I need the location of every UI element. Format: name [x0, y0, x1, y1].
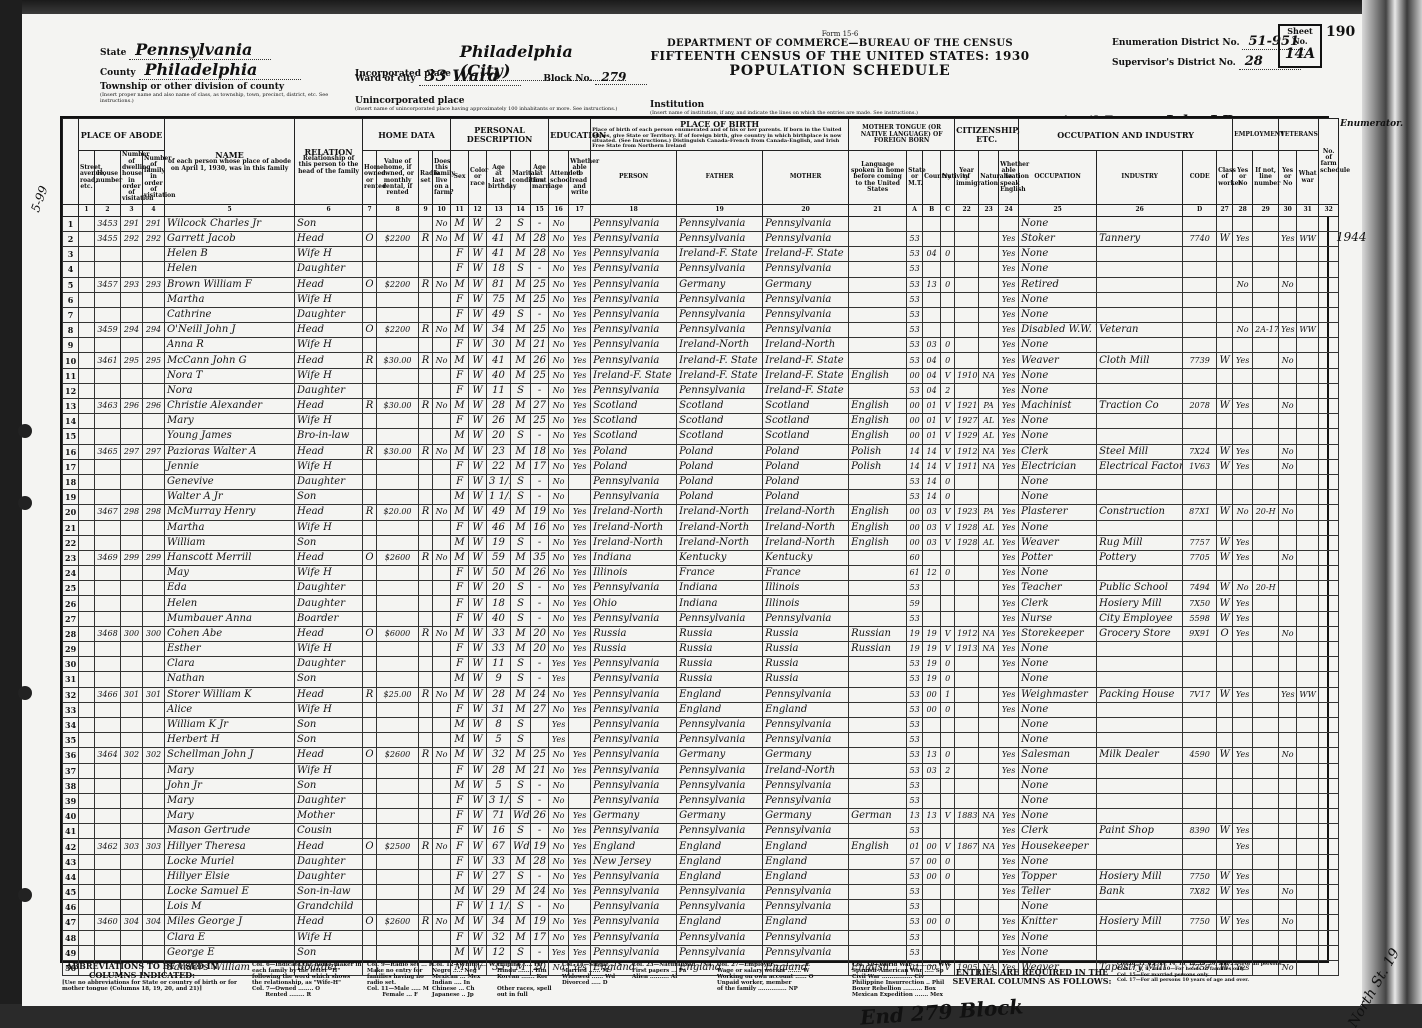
unemployed-line — [1253, 550, 1279, 565]
house-number: 3466 — [95, 687, 121, 702]
color-race: W — [469, 596, 487, 611]
unemployed-line — [1253, 885, 1279, 900]
relation: Daughter — [295, 793, 363, 808]
street-cell — [79, 717, 95, 732]
home-owned — [363, 854, 377, 869]
sex: F — [451, 900, 469, 915]
code-a: 53 — [907, 353, 923, 368]
color-race: W — [469, 216, 487, 231]
immigration-year — [955, 793, 979, 808]
immigration-year — [955, 490, 979, 505]
column-number: B — [923, 204, 941, 216]
birthplace-mother: Pennsylvania — [763, 323, 849, 338]
unemployed-line — [1253, 277, 1279, 292]
war — [1297, 550, 1319, 565]
speaks-english: Yes — [999, 353, 1019, 368]
read-write: Yes — [569, 368, 591, 383]
family-number — [143, 520, 165, 535]
person-name: McMurray Henry — [165, 505, 295, 520]
code-c: 0 — [941, 854, 955, 869]
house-number: 3469 — [95, 550, 121, 565]
birthplace-mother: Scotland — [763, 399, 849, 414]
birthplace-mother: Poland — [763, 490, 849, 505]
person-name: Hillyer Elsie — [165, 869, 295, 884]
table-row: 44Hillyer ElsieDaughterFW27S-NoYesPennsy… — [63, 869, 1359, 884]
person-name: Jennie — [165, 459, 295, 474]
farm — [433, 247, 451, 262]
population-schedule-table: PLACE OF ABODE NAMEof each person whose … — [60, 116, 1329, 963]
birthplace-father: England — [677, 687, 763, 702]
veteran — [1279, 869, 1297, 884]
relation: Wife H — [295, 520, 363, 535]
line-number: 10 — [63, 353, 79, 368]
family-number — [143, 930, 165, 945]
industry — [1097, 717, 1183, 732]
attended-school: No — [549, 353, 569, 368]
industry-code: 5598 — [1183, 611, 1217, 626]
birthplace-mother: Ireland-F. State — [763, 383, 849, 398]
immigration-year — [955, 277, 979, 292]
mother-tongue — [849, 702, 907, 717]
line-number: 17 — [63, 459, 79, 474]
at-work: Yes — [1233, 824, 1253, 839]
farm-schedule — [1319, 657, 1339, 672]
birthplace-father: Scotland — [677, 399, 763, 414]
relation: Son-in-law — [295, 885, 363, 900]
birthplace-person: Poland — [591, 444, 677, 459]
person-name: Martha — [165, 292, 295, 307]
line-number: 7 — [63, 307, 79, 322]
occupation: None — [1019, 717, 1097, 732]
occupation: None — [1019, 809, 1097, 824]
home-value — [377, 414, 419, 429]
sex: F — [451, 869, 469, 884]
birthplace-person: Pennsylvania — [591, 930, 677, 945]
veteran: No — [1279, 444, 1297, 459]
veteran: No — [1279, 626, 1297, 641]
home-owned — [363, 900, 377, 915]
marital-status: S — [511, 793, 531, 808]
line-number: 36 — [63, 748, 79, 763]
dwelling-number — [121, 429, 143, 444]
naturalization — [979, 383, 999, 398]
supervisor-district-field: Supervisor's District No. 28 — [1112, 54, 1301, 70]
age-first-marriage: 28 — [531, 854, 549, 869]
birthplace-father: Pennsylvania — [677, 611, 763, 626]
street-cell — [79, 307, 95, 322]
marital-status: S — [511, 490, 531, 505]
age-first-marriage: 17 — [531, 459, 549, 474]
radio-set — [419, 292, 433, 307]
farm: No — [433, 353, 451, 368]
birthplace-person: Ireland-North — [591, 505, 677, 520]
home-owned — [363, 292, 377, 307]
age: 41 — [487, 353, 511, 368]
speaks-english: Yes — [999, 550, 1019, 565]
birthplace-person: Scotland — [591, 414, 677, 429]
industry — [1097, 854, 1183, 869]
occupation: None — [1019, 702, 1097, 717]
dwelling-number — [121, 930, 143, 945]
family-number — [143, 474, 165, 489]
read-write: Yes — [569, 459, 591, 474]
speaks-english: Yes — [999, 885, 1019, 900]
home-owned — [363, 702, 377, 717]
war — [1297, 292, 1319, 307]
color-race: W — [469, 505, 487, 520]
person-name: Eda — [165, 581, 295, 596]
line-number: 12 — [63, 383, 79, 398]
age: 75 — [487, 292, 511, 307]
at-work: No — [1233, 505, 1253, 520]
speaks-english: Yes — [999, 642, 1019, 657]
column-number: 28 — [1233, 204, 1253, 216]
birthplace-mother: Russia — [763, 642, 849, 657]
marital-status: S — [511, 869, 531, 884]
birthplace-mother: Pennsylvania — [763, 793, 849, 808]
attended-school: No — [549, 854, 569, 869]
code-b — [923, 581, 941, 596]
naturalization — [979, 277, 999, 292]
birthplace-person: Pennsylvania — [591, 611, 677, 626]
attended-school: No — [549, 292, 569, 307]
column-number: 18 — [591, 204, 677, 216]
table-row: 31NathanSonMW9S-YesPennsylvaniaRussiaRus… — [63, 672, 1359, 687]
farm — [433, 520, 451, 535]
home-owned — [363, 429, 377, 444]
war — [1297, 824, 1319, 839]
industry-code: 87X1 — [1183, 505, 1217, 520]
industry — [1097, 930, 1183, 945]
speaks-english: Yes — [999, 323, 1019, 338]
read-write: Yes — [569, 748, 591, 763]
line-number: 44 — [63, 869, 79, 884]
occupation: None — [1019, 216, 1097, 231]
table-row: 37MaryWife HFW28M21NoYesPennsylvaniaPenn… — [63, 763, 1359, 778]
table-row: 3Helen BWife HFW41M28NoYesPennsylvaniaIr… — [63, 247, 1359, 262]
code-c: V — [941, 505, 955, 520]
veteran — [1279, 793, 1297, 808]
relation: Head — [295, 231, 363, 246]
home-value: $30.00 — [377, 399, 419, 414]
column-number: A — [907, 204, 923, 216]
marital-status: S — [511, 383, 531, 398]
code-c: V — [941, 368, 955, 383]
code-b — [923, 717, 941, 732]
birthplace-mother: Pennsylvania — [763, 231, 849, 246]
code-a: 14 — [907, 444, 923, 459]
at-work: Yes — [1233, 869, 1253, 884]
age-first-marriage: 25 — [531, 368, 549, 383]
table-row: 22WilliamSonMW19S-NoYesIreland-NorthIrel… — [63, 535, 1359, 550]
street-cell — [79, 444, 95, 459]
code-b: 19 — [923, 672, 941, 687]
industry-code — [1183, 763, 1217, 778]
industry-code — [1183, 414, 1217, 429]
dwelling-number — [121, 642, 143, 657]
radio-set — [419, 216, 433, 231]
code-c: 0 — [941, 474, 955, 489]
veteran: No — [1279, 915, 1297, 930]
line-number: 46 — [63, 900, 79, 915]
immigration-year: 1911 — [955, 459, 979, 474]
person-name: Cathrine — [165, 307, 295, 322]
worker-class — [1217, 292, 1233, 307]
attended-school: No — [549, 824, 569, 839]
code-b: 01 — [923, 399, 941, 414]
person-name: O'Neill John J — [165, 323, 295, 338]
veteran — [1279, 642, 1297, 657]
occupation: Plasterer — [1019, 505, 1097, 520]
unemployed-line — [1253, 444, 1279, 459]
relation: Boarder — [295, 611, 363, 626]
naturalization — [979, 869, 999, 884]
farm-schedule — [1319, 323, 1339, 338]
war — [1297, 535, 1319, 550]
farm — [433, 414, 451, 429]
line-number: 9 — [63, 338, 79, 353]
immigration-year — [955, 292, 979, 307]
radio-set — [419, 535, 433, 550]
line-number: 26 — [63, 596, 79, 611]
family-number — [143, 672, 165, 687]
immigration-year — [955, 262, 979, 277]
person-name: Clara — [165, 657, 295, 672]
unemployed-line — [1253, 657, 1279, 672]
home-value: $6000 — [377, 626, 419, 641]
at-work: Yes — [1233, 626, 1253, 641]
dwelling-header: Number of dwelling house in order of vis… — [121, 151, 143, 204]
color-race: W — [469, 793, 487, 808]
house-number — [95, 945, 121, 960]
industry-code — [1183, 793, 1217, 808]
home-owned — [363, 778, 377, 793]
war — [1297, 900, 1319, 915]
code-b-header: Country — [923, 151, 941, 204]
unemployed-line — [1253, 368, 1279, 383]
person-name: Nathan — [165, 672, 295, 687]
immigration-year: 1929 — [955, 429, 979, 444]
industry: Traction Co — [1097, 399, 1183, 414]
at-work: Yes — [1233, 687, 1253, 702]
line-number: 42 — [63, 839, 79, 854]
veteran: Yes — [1279, 323, 1297, 338]
home-owned: O — [363, 550, 377, 565]
war — [1297, 915, 1319, 930]
table-row: 163465297297Pazioras Walter AHeadR$30.00… — [63, 444, 1359, 459]
age: 12 — [487, 945, 511, 960]
war — [1297, 277, 1319, 292]
line-number: 4 — [63, 262, 79, 277]
home-owned: O — [363, 231, 377, 246]
dwelling-number — [121, 490, 143, 505]
color-race: W — [469, 657, 487, 672]
speaks-english — [999, 778, 1019, 793]
code-a: 13 — [907, 809, 923, 824]
naturalization: AL — [979, 429, 999, 444]
block-label: Block No. — [543, 74, 592, 84]
birthplace-father: Pennsylvania — [677, 216, 763, 231]
mother-tongue — [849, 885, 907, 900]
immigration-year — [955, 338, 979, 353]
farm-schedule — [1319, 566, 1339, 581]
age: 33 — [487, 854, 511, 869]
radio-set — [419, 596, 433, 611]
industry — [1097, 778, 1183, 793]
person-name: William K Jr — [165, 717, 295, 732]
naturalization: NA — [979, 626, 999, 641]
age-first-marriage: - — [531, 216, 549, 231]
age: 41 — [487, 247, 511, 262]
read-write: Yes — [569, 520, 591, 535]
line-number: 43 — [63, 854, 79, 869]
home-owned — [363, 368, 377, 383]
birthplace-father: Poland — [677, 444, 763, 459]
occupation: None — [1019, 338, 1097, 353]
speaks-english: Yes — [999, 399, 1019, 414]
line-number: 21 — [63, 520, 79, 535]
radio-set — [419, 763, 433, 778]
home-value — [377, 581, 419, 596]
speaks-english — [999, 216, 1019, 231]
name-header-desc: of each person whose place of abode on A… — [166, 159, 293, 172]
farm — [433, 338, 451, 353]
naturalization — [979, 550, 999, 565]
code-a: 19 — [907, 642, 923, 657]
ward-label: Ward of city — [355, 74, 416, 84]
occupation: Clerk — [1019, 444, 1097, 459]
immigration-year — [955, 733, 979, 748]
read-write: Yes — [569, 292, 591, 307]
home-owned — [363, 414, 377, 429]
unemployed-line — [1253, 353, 1279, 368]
at-work: Yes — [1233, 231, 1253, 246]
color-race: W — [469, 277, 487, 292]
radio-set: R — [419, 915, 433, 930]
farm — [433, 733, 451, 748]
age: 11 — [487, 657, 511, 672]
birthplace-father: Indiana — [677, 581, 763, 596]
naturalization — [979, 611, 999, 626]
attended-school: No — [549, 429, 569, 444]
speaks-english: Yes — [999, 383, 1019, 398]
home-owned: R — [363, 687, 377, 702]
at-work: Yes — [1233, 596, 1253, 611]
column-number: 25 — [1019, 204, 1097, 216]
house-number: 3463 — [95, 399, 121, 414]
birthplace-person: Russia — [591, 626, 677, 641]
marital-status: S — [511, 657, 531, 672]
farm-schedule — [1319, 930, 1339, 945]
sex: M — [451, 885, 469, 900]
column-number: 13 — [487, 204, 511, 216]
code-a: 53 — [907, 231, 923, 246]
age: 3 1/12 — [487, 793, 511, 808]
at-work — [1233, 657, 1253, 672]
county-label: County — [100, 68, 136, 78]
mother-tongue-header: MOTHER TONGUE (OR NATIVE LANGUAGE) OF FO… — [849, 119, 955, 151]
birthplace-mother: Pennsylvania — [763, 733, 849, 748]
code-a: 01 — [907, 839, 923, 854]
speaks-english — [999, 793, 1019, 808]
naturalization: NA — [979, 642, 999, 657]
code-b: 01 — [923, 429, 941, 444]
age: 20 — [487, 429, 511, 444]
industry — [1097, 277, 1183, 292]
code-c — [941, 824, 955, 839]
birthplace-mother: England — [763, 915, 849, 930]
worker-class — [1217, 763, 1233, 778]
person-name: McCann John G — [165, 353, 295, 368]
age: 33 — [487, 626, 511, 641]
unincorporated-field: Unincorporated place (Insert name of uni… — [355, 96, 655, 112]
street-cell — [79, 748, 95, 763]
war — [1297, 885, 1319, 900]
radio-set: R — [419, 353, 433, 368]
age-first-marriage: - — [531, 945, 549, 960]
birthplace-father: Ireland-North — [677, 338, 763, 353]
code-b: 14 — [923, 474, 941, 489]
immigration-year — [955, 581, 979, 596]
speaks-english: Yes — [999, 505, 1019, 520]
farm-schedule — [1319, 717, 1339, 732]
mother-tongue — [849, 338, 907, 353]
radio-set: R — [419, 687, 433, 702]
code-c: V — [941, 444, 955, 459]
code-a: 53 — [907, 717, 923, 732]
person-name: Cohen Abe — [165, 626, 295, 641]
sex: F — [451, 262, 469, 277]
code-a: 53 — [907, 262, 923, 277]
table-row: 233469299299Hanscott MerrillHeadO$2600RN… — [63, 550, 1359, 565]
sex: F — [451, 459, 469, 474]
birthplace-person: Pennsylvania — [591, 216, 677, 231]
person-name: Hillyer Theresa — [165, 839, 295, 854]
industry-code — [1183, 292, 1217, 307]
industry: Electrical Factory — [1097, 459, 1183, 474]
worker-class — [1217, 307, 1233, 322]
unemployed-line — [1253, 414, 1279, 429]
radio-set — [419, 566, 433, 581]
marital-status: M — [511, 520, 531, 535]
age-first-marriage — [531, 717, 549, 732]
marital-status: M — [511, 505, 531, 520]
table-row: 283468300300Cohen AbeHeadO$6000RNoMW33M2… — [63, 626, 1359, 641]
scan-border-left — [0, 0, 22, 1028]
industry-code-header: CODE — [1183, 151, 1217, 204]
age: 2 — [487, 216, 511, 231]
attended-school: No — [549, 763, 569, 778]
read-write — [569, 474, 591, 489]
dwelling-number — [121, 581, 143, 596]
attended-school: Yes — [549, 657, 569, 672]
birthplace-person: Pennsylvania — [591, 945, 677, 960]
radio-set — [419, 945, 433, 960]
radio-set — [419, 262, 433, 277]
radio-set — [419, 368, 433, 383]
age: 40 — [487, 611, 511, 626]
radio-set — [419, 778, 433, 793]
read-write: Yes — [569, 839, 591, 854]
sex: F — [451, 307, 469, 322]
farm-schedule — [1319, 839, 1339, 854]
house-number — [95, 702, 121, 717]
table-row: 45Locke Samuel ESon-in-lawMW29M24NoYesPe… — [63, 885, 1359, 900]
street-header: Street, avenue, road, etc. — [79, 151, 95, 204]
relation: Son — [295, 216, 363, 231]
unemployed-line — [1253, 490, 1279, 505]
family-number: 299 — [143, 550, 165, 565]
